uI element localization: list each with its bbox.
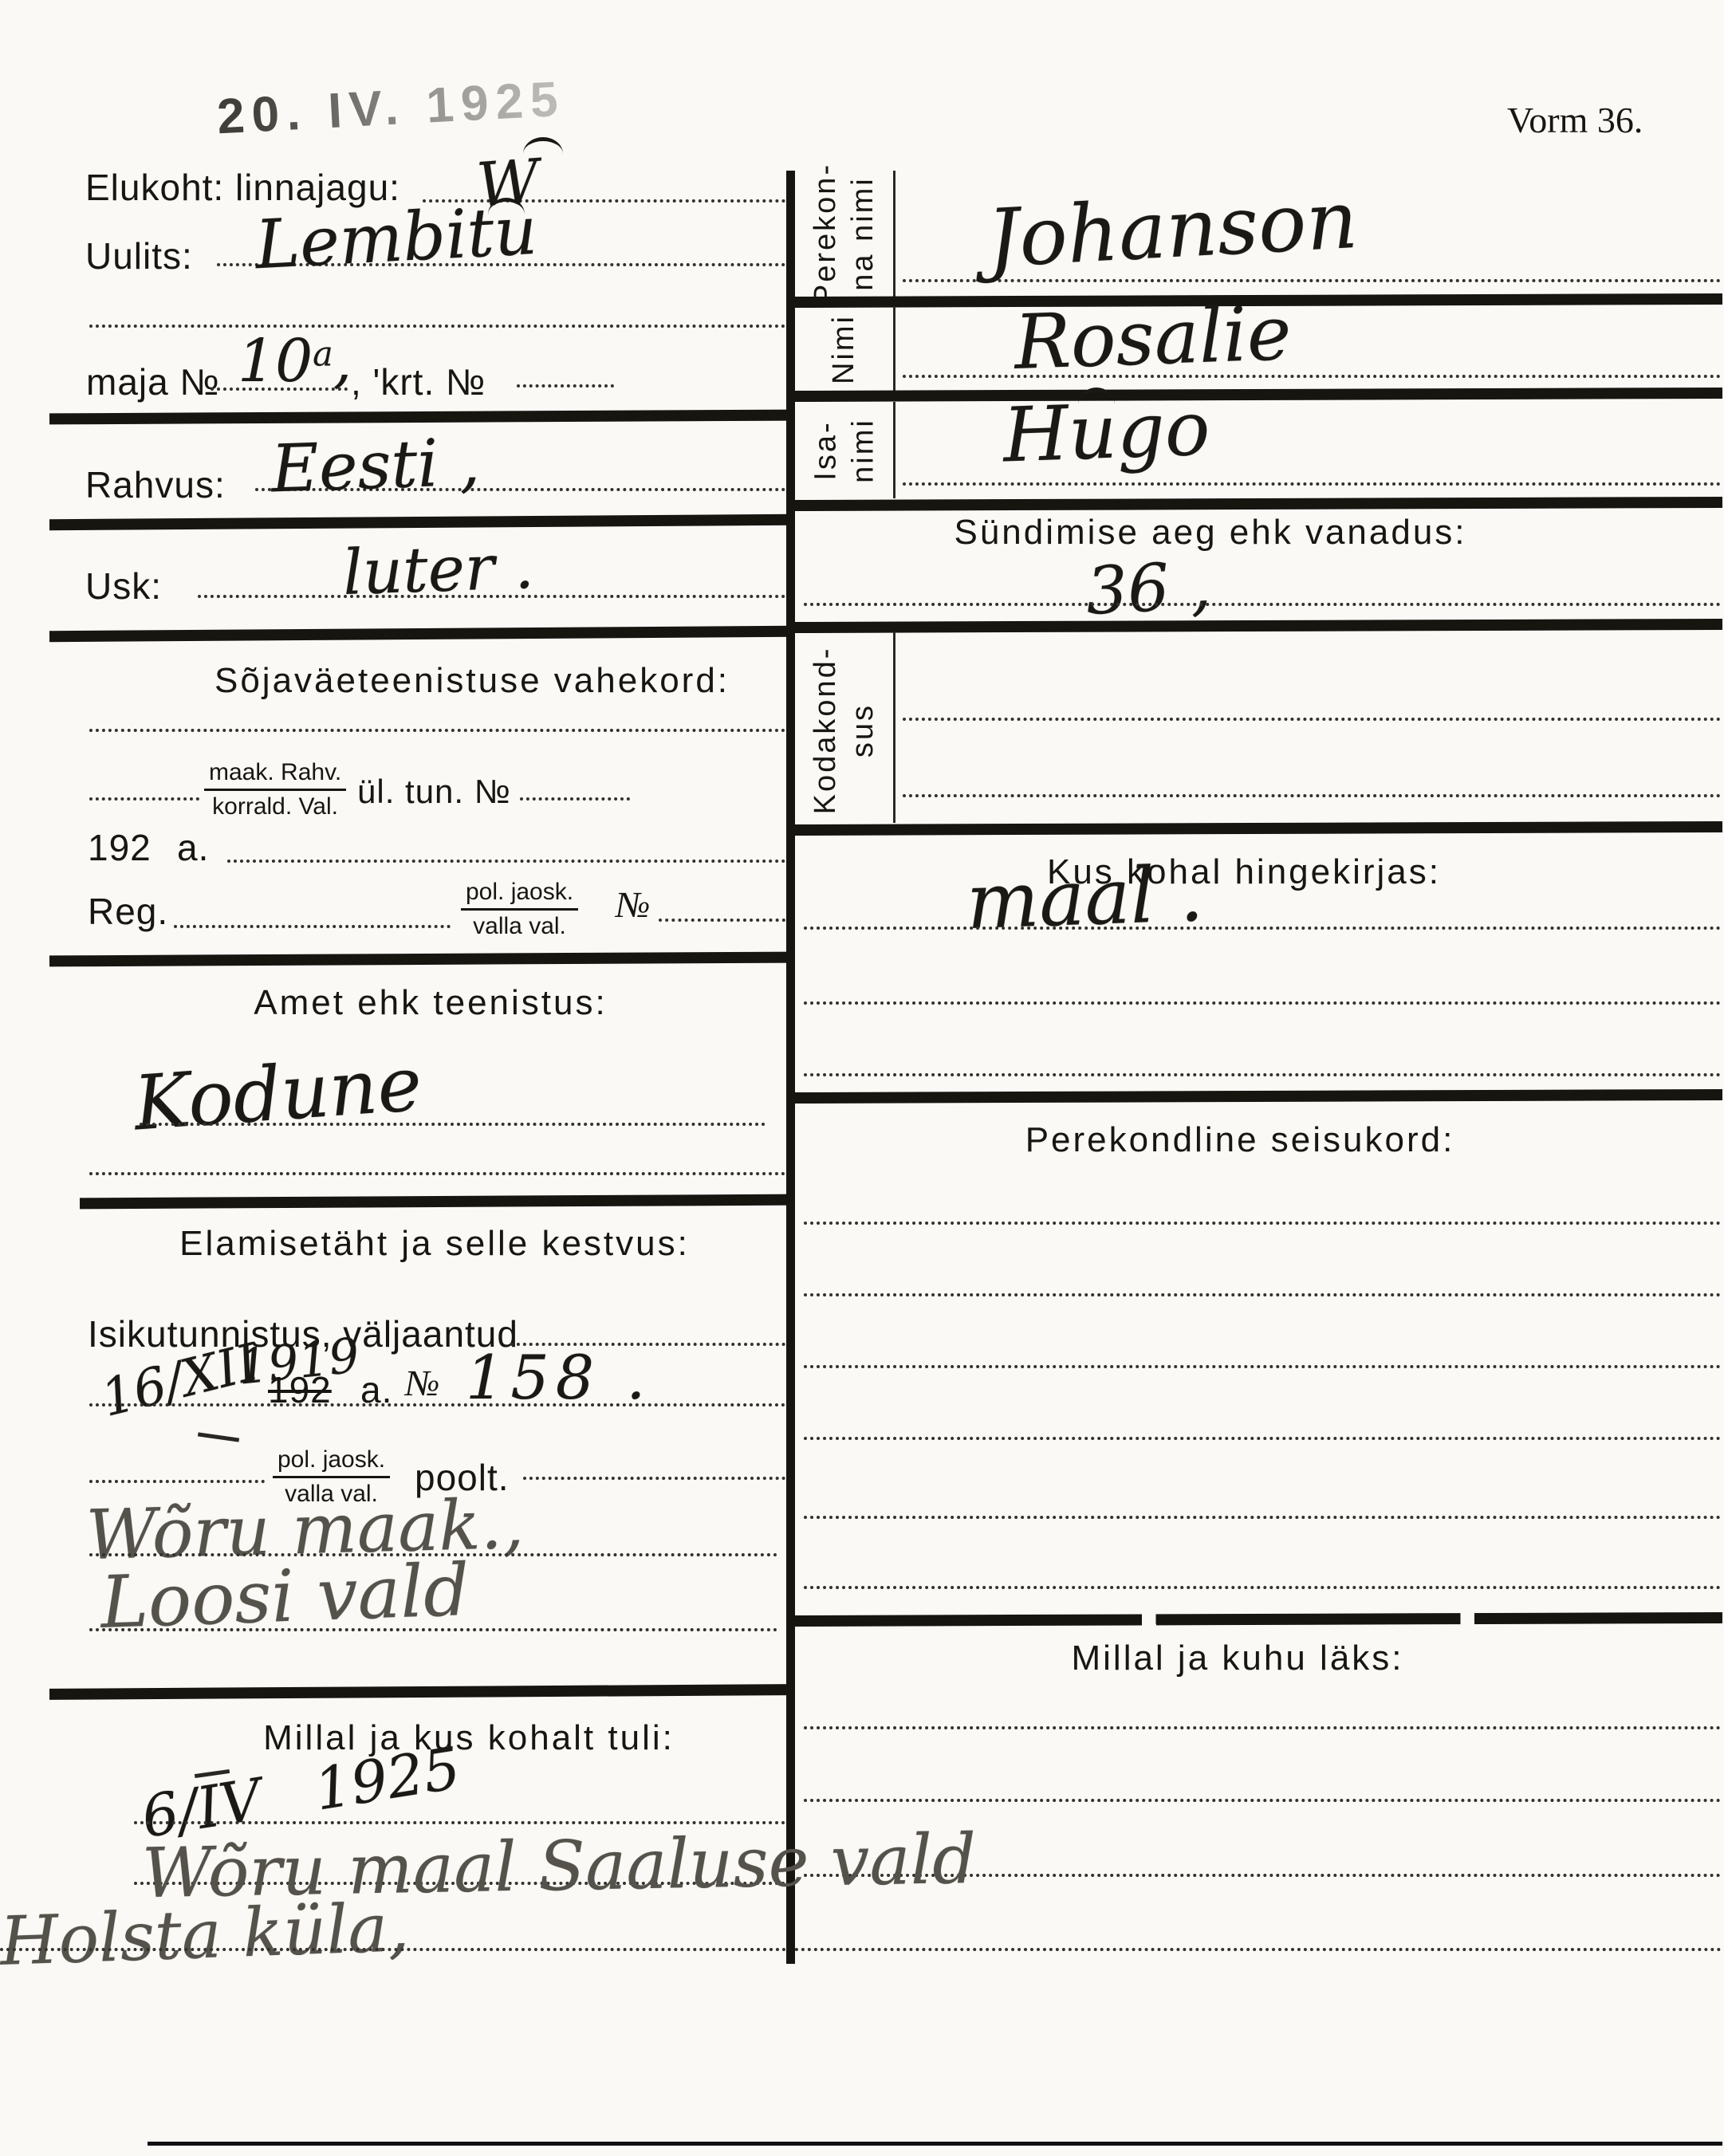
arrival-header: Millal ja kus kohalt tuli:	[263, 1721, 675, 1756]
dotted-line	[89, 797, 199, 801]
father-name-label-line1: Isa-	[807, 420, 845, 480]
maja-number: 10	[238, 327, 313, 395]
dotted-line	[89, 1403, 785, 1407]
military-service-header: Sõjaväeteenistuse vahekord:	[215, 663, 730, 698]
birth-value: 36 ,	[1084, 553, 1213, 625]
id-number-value: 158 .	[466, 1347, 651, 1408]
dotted-line	[804, 927, 1721, 930]
section-bar	[80, 1194, 792, 1210]
citizenship-rotated-label: Kodakond- sus	[805, 640, 884, 820]
usk-value: luter .	[342, 536, 535, 604]
family-name-rotated-label: Perekon- na nimi	[805, 171, 884, 297]
dotted-line	[804, 1222, 1721, 1225]
first-name-rotated-label: Nimi	[825, 308, 864, 391]
section-bar	[786, 821, 1722, 836]
fraction-top: pol. jaosk.	[461, 879, 578, 911]
usk-label: Usk:	[85, 568, 162, 604]
rahvus-label: Rahvus:	[85, 466, 226, 503]
reg-label: Reg.	[88, 893, 168, 930]
label-cell-rule	[893, 306, 895, 391]
column-divider	[786, 171, 795, 1964]
dotted-line	[523, 1477, 785, 1480]
handwriting-arc	[523, 137, 563, 154]
form-number: Vorm 36.	[1507, 102, 1643, 139]
dotted-line	[804, 1073, 1721, 1076]
section-bar	[49, 410, 792, 425]
family-name-label-line2: na nimi	[844, 176, 883, 291]
handwriting-dash	[198, 1432, 239, 1442]
dotted-line	[0, 1948, 1722, 1951]
dotted-line	[89, 325, 785, 328]
arrival-place-line1: Wõru maal Saaluse vald	[141, 1825, 977, 1908]
label-cell-rule	[893, 171, 895, 297]
section-bar	[786, 497, 1722, 511]
dotted-line	[804, 1001, 1721, 1005]
dotted-line	[903, 718, 1721, 721]
dotted-line	[227, 860, 785, 863]
pol-jaosk-fraction: pol. jaosk. valla val.	[461, 879, 578, 939]
maja-value: 10a,	[238, 332, 352, 391]
dotted-line	[520, 797, 630, 801]
family-name-label-line1: Perekon-	[807, 163, 845, 305]
occupation-header: Amet ehk teenistus:	[254, 986, 607, 1021]
ul-tun-label: ül. tun. №	[357, 775, 511, 808]
dotted-line	[903, 482, 1721, 486]
father-name-rotated-label: Isa- nimi	[805, 403, 885, 499]
scan-edge-line	[148, 2142, 1722, 2146]
dotted-line	[174, 925, 451, 928]
dotted-line	[804, 603, 1721, 606]
section-bar	[49, 514, 792, 530]
year-192-label: 192	[88, 829, 152, 866]
fraction-top: pol. jaosk.	[273, 1446, 390, 1478]
dotted-line	[804, 1586, 1721, 1589]
fraction-top: maak. Rahv.	[204, 759, 346, 791]
first-name-value: Rosalie	[1013, 297, 1292, 381]
residence-permit-header: Elamisetäht ja selle kestvus:	[179, 1226, 690, 1261]
first-name-label: Nimi	[825, 314, 864, 384]
issued-place-line2: Loosi vald	[100, 1555, 470, 1639]
dotted-line	[804, 1726, 1721, 1729]
fraction-bottom: valla val.	[461, 911, 578, 940]
dotted-line	[804, 1437, 1721, 1440]
section-bar-segmented	[786, 1612, 1722, 1627]
father-name-label-line2: nimi	[845, 418, 884, 483]
dotted-line	[140, 1123, 766, 1126]
dotted-line	[804, 1365, 1721, 1368]
section-bar	[786, 1089, 1722, 1104]
dotted-line	[804, 1516, 1721, 1519]
birth-header: Sündimise aeg ehk vanadus:	[954, 515, 1466, 550]
section-bar	[786, 619, 1722, 633]
krt-label: , 'krt. №	[351, 364, 486, 400]
section-bar	[786, 388, 1722, 402]
dotted-line	[89, 1628, 777, 1631]
reg-number-sign: №	[616, 887, 651, 923]
uulits-label: Uulits:	[85, 238, 193, 274]
scanned-form-page: 20. IV. 1925 Vorm 36. Elukoht: linnajagu…	[0, 0, 1724, 2156]
section-bar	[49, 626, 792, 642]
label-cell-rule	[893, 402, 895, 498]
citizenship-label-line1: Kodakond-	[807, 647, 845, 815]
date-stamp: 20. IV. 1925	[215, 71, 566, 146]
occupation-value: Kodune	[132, 1048, 424, 1143]
departure-header: Millal ja kuhu läks:	[1071, 1641, 1403, 1676]
id-number-sign: №	[405, 1365, 440, 1402]
dotted-line	[89, 729, 785, 732]
citizenship-label-line2: sus	[844, 703, 883, 757]
maja-number-superscript: a	[313, 335, 333, 375]
maak-rahv-fraction: maak. Rahv. korrald. Val.	[204, 759, 346, 820]
dotted-line	[517, 384, 614, 388]
marital-status-header: Perekondline seisukord:	[1025, 1123, 1455, 1158]
fraction-bottom: korrald. Val.	[204, 791, 346, 820]
dotted-line	[804, 1799, 1721, 1802]
dotted-line	[659, 919, 785, 922]
year-a-label: a.	[177, 829, 209, 866]
rahvus-value: Eesti ,	[270, 430, 481, 502]
section-bar	[49, 952, 792, 967]
maja-comma: ,	[333, 327, 352, 395]
dotted-line	[804, 1293, 1721, 1296]
dotted-line	[89, 1172, 785, 1175]
label-cell-rule	[893, 631, 895, 823]
section-bar	[49, 1684, 792, 1700]
dotted-line	[903, 794, 1721, 797]
family-name-value: Johanson	[986, 180, 1360, 279]
maja-label: maja №	[86, 364, 220, 400]
dotted-line	[89, 1480, 265, 1483]
